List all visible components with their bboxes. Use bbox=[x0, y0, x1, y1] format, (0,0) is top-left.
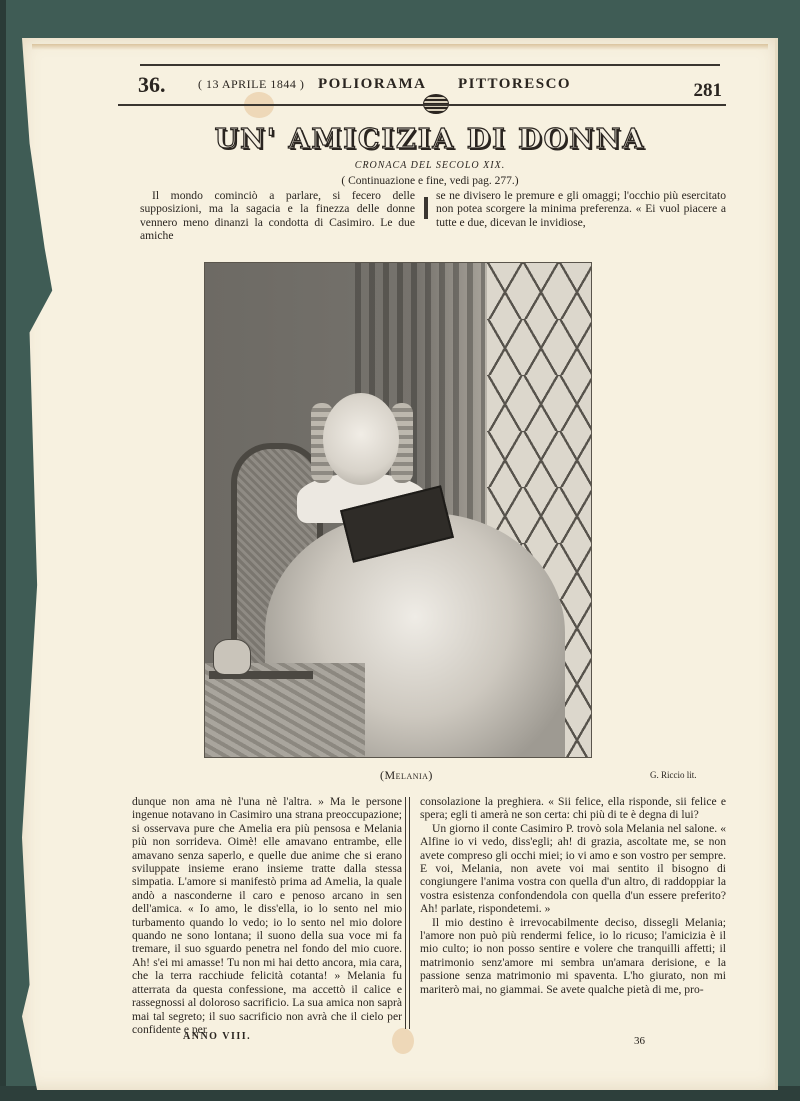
issue-date: ( 13 APRILE 1844 ) bbox=[198, 77, 304, 92]
article-title: UN' AMICIZIA DI DONNA bbox=[120, 124, 740, 155]
teapot bbox=[213, 639, 251, 675]
signature-mark: 36 bbox=[634, 1035, 645, 1047]
page-number: 281 bbox=[694, 80, 723, 102]
text-column-bottom-right: consolazione la preghiera. « Sii felice,… bbox=[420, 795, 726, 996]
paragraph: Il mondo cominciò a parlare, si fecero d… bbox=[140, 189, 415, 243]
article-subtitle: CRONACA DEL SECOLO XIX. bbox=[120, 160, 740, 171]
issue-number: 36. bbox=[138, 72, 166, 98]
page-edge bbox=[775, 38, 778, 1090]
text-column-top-right: se ne divisero le premure e gli omaggi; … bbox=[436, 189, 726, 229]
text-column-bottom-left: dunque non ama nè l'una nè l'altra. » Ma… bbox=[132, 795, 402, 1036]
illustration-credit: G. Riccio lit. bbox=[650, 770, 697, 780]
page-header: 36. ( 13 APRILE 1844 ) POLIORAMA PITTORE… bbox=[118, 64, 726, 112]
page-stain bbox=[32, 44, 768, 50]
volume-year: ANNO VIII. bbox=[183, 1031, 251, 1042]
masthead-left: POLIORAMA bbox=[318, 76, 427, 93]
paragraph: dunque non ama nè l'una nè l'altra. » Ma… bbox=[132, 795, 402, 1036]
text-column-top-left: Il mondo cominciò a parlare, si fecero d… bbox=[140, 189, 415, 243]
engraving-illustration bbox=[204, 262, 592, 758]
paragraph: Un giorno il conte Casimiro P. trovò sol… bbox=[420, 822, 726, 916]
column-divider bbox=[405, 797, 410, 1029]
paragraph: Il mio destino è irrevocabilmente deciso… bbox=[420, 916, 726, 996]
paragraph: se ne divisero le premure e gli omaggi; … bbox=[436, 189, 726, 229]
header-rule bbox=[118, 104, 726, 106]
masthead-right: PITTORESCO bbox=[458, 76, 571, 93]
paragraph: consolazione la preghiera. « Sii felice,… bbox=[420, 795, 726, 822]
header-rule bbox=[140, 64, 720, 66]
illustration-caption: (Melania) bbox=[380, 768, 433, 783]
continuation-note: ( Continuazione e fine, vedi pag. 277.) bbox=[120, 175, 740, 187]
backdrop-edge bbox=[0, 0, 6, 1101]
column-divider bbox=[424, 197, 428, 219]
portrait-head bbox=[323, 393, 399, 485]
